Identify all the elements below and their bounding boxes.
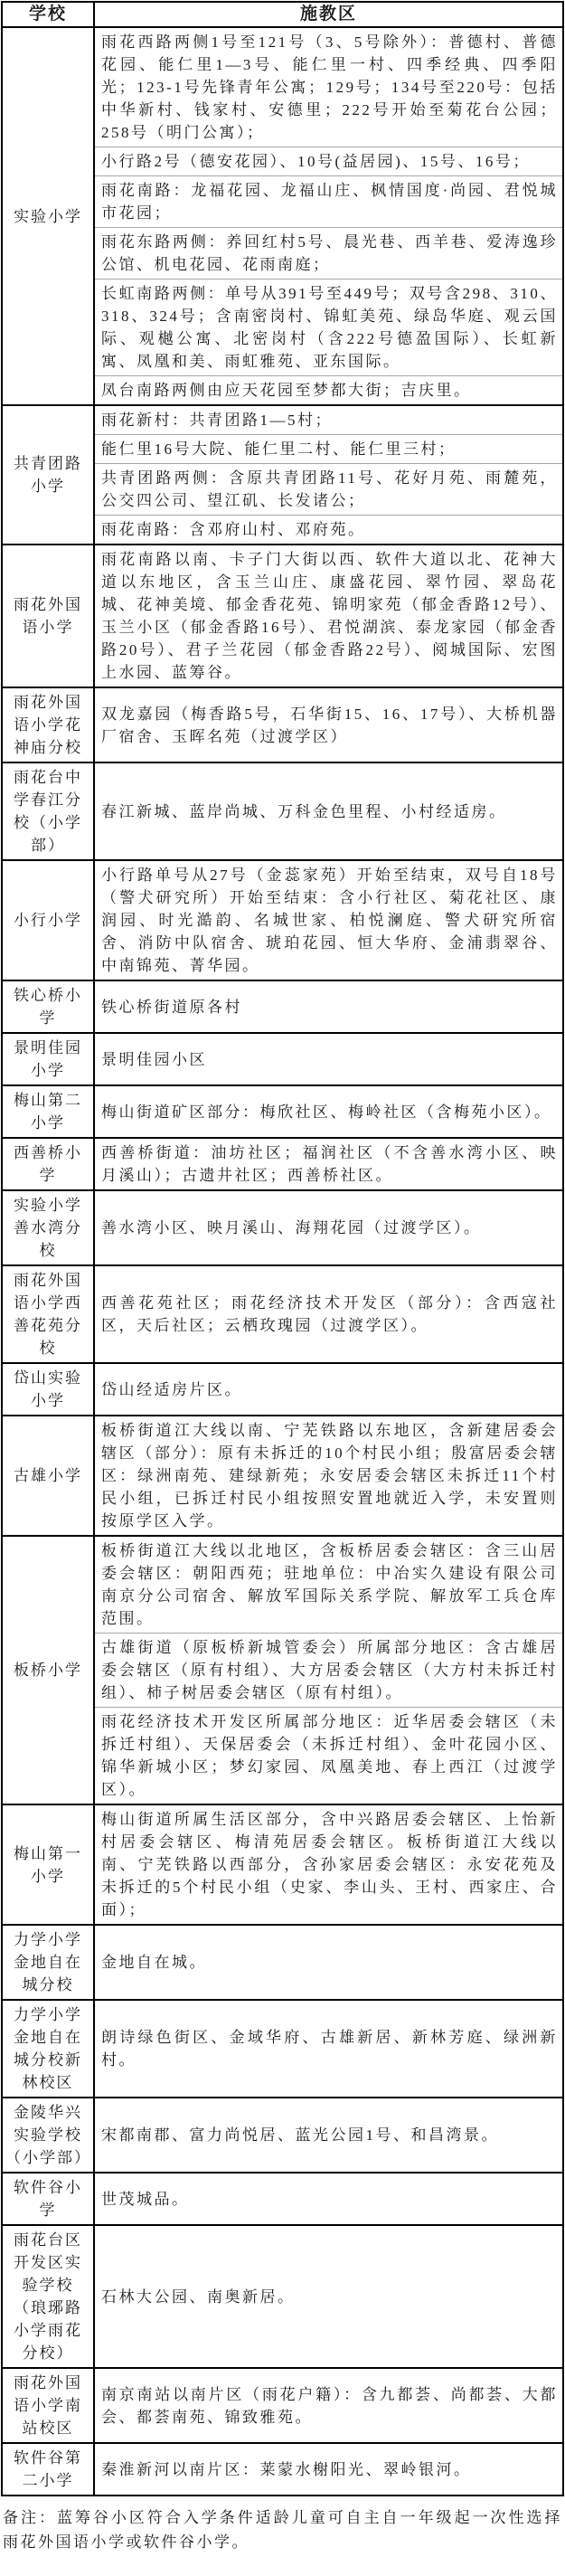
district-cell: 金地自在城。 xyxy=(94,1925,563,2000)
district-item: 小行路单号从27号（金蕊家苑）开始至结束，双号自18号（警犬研究所）开始至结束：… xyxy=(95,861,562,980)
table-row: 共青团路小学雨花新村：共青团路1—5村；能仁里16号大院、能仁里二村、能仁里三村… xyxy=(2,405,563,545)
district-item: 善水湾小区、映月溪山、海翔花园（过渡学区）。 xyxy=(95,1214,562,1242)
table-row: 古雄小学板桥街道江大线以南、宁芜铁路以东地区，含新建居委会辖区（部分）：原有未拆… xyxy=(2,1416,563,1536)
district-item: 雨花南路：龙福花园、龙福山庄、枫情国度·尚园、君悦城市花园； xyxy=(95,175,562,227)
district-item: 双龙嘉园（梅香路5号，石华街15、16、17号）、大桥机器厂宿舍、玉晖名苑（过渡… xyxy=(95,700,562,751)
district-item: 梅山街道矿区部分：梅欣社区、梅岭社区（含梅苑小区）。 xyxy=(95,1098,562,1126)
table-row: 雨花外国语小学雨花南路以南、卡子门大街以西、软件大道以北、花神大道以东地区，含玉… xyxy=(2,545,563,687)
district-item: 古雄街道（原板桥新城管委会）所属部分地区：含古雄居委会辖区（原有村组）、大方居委… xyxy=(95,1633,562,1707)
district-cell: 西善花苑社区；雨花经济技术开发区（部分）：含西寇社区，天后社区；云栖玫瑰园（过渡… xyxy=(94,1265,563,1363)
school-name: 雨花外国语小学南站校区 xyxy=(2,2368,94,2443)
school-name: 实验小学 xyxy=(2,27,94,405)
footer-note: 备注：蓝筹谷小区符合入学条件适龄儿童可自主自一年级起一次性选择雨花外国语小学或软… xyxy=(3,2505,562,2554)
table-row: 小行小学小行路单号从27号（金蕊家苑）开始至结束，双号自18号（警犬研究所）开始… xyxy=(2,860,563,980)
header-row: 学校 施教区 xyxy=(2,2,563,27)
header-school: 学校 xyxy=(2,2,94,27)
district-cell: 板桥街道江大线以南、宁芜铁路以东地区，含新建居委会辖区（部分）：原有未拆迁的10… xyxy=(94,1416,563,1536)
school-name: 板桥小学 xyxy=(2,1536,94,1804)
district-cell: 西善桥街道：油坊社区；福润社区（不含善水湾小区、映月溪山）；古遗井社区；西善桥社… xyxy=(94,1138,563,1190)
district-item: 朗诗绿色街区、金域华府、古雄新居、新林芳庭、绿洲新村。 xyxy=(95,2023,562,2074)
school-name: 力学小学金地自在城分校新林校区 xyxy=(2,2000,94,2098)
district-cell: 景明佳园小区 xyxy=(94,1033,563,1085)
table-row: 力学小学金地自在城分校新林校区朗诗绿色街区、金域华府、古雄新居、新林芳庭、绿洲新… xyxy=(2,2000,563,2098)
district-cell: 雨花西路两侧1号至121号（3、5号除外）：普德村、普德花园、能仁里1—3号、能… xyxy=(94,27,563,405)
district-item: 凤台南路两侧由应天花园至梦都大街；吉庆里。 xyxy=(95,375,562,404)
school-name: 雨花外国语小学西善花苑分校 xyxy=(2,1265,94,1363)
district-item: 雨花西路两侧1号至121号（3、5号除外）：普德村、普德花园、能仁里1—3号、能… xyxy=(95,28,562,147)
district-item: 铁心桥街道原各村 xyxy=(95,993,562,1021)
school-name: 铁心桥小学 xyxy=(2,980,94,1033)
district-cell: 小行路单号从27号（金蕊家苑）开始至结束，双号自18号（警犬研究所）开始至结束：… xyxy=(94,860,563,980)
school-name: 雨花台区开发区实验学校（琅琊路小学雨花分校） xyxy=(2,2225,94,2368)
table-row: 雨花台区开发区实验学校（琅琊路小学雨花分校）石林大公园、南奥新居。 xyxy=(2,2225,563,2368)
district-item: 小行路2号（德安花园）、10号(益居园)、15号、16号； xyxy=(95,147,562,175)
school-district-table: 学校 施教区 实验小学雨花西路两侧1号至121号（3、5号除外）：普德村、普德花… xyxy=(1,1,564,2496)
district-cell: 宋都南郡、富力尚悦居、蓝光公园1号、和昌湾景。 xyxy=(94,2098,563,2173)
table-row: 软件谷第二小学秦淮新河以南片区：莱蒙水榭阳光、翠岭银河。 xyxy=(2,2443,563,2495)
school-name: 小行小学 xyxy=(2,860,94,980)
district-item: 板桥街道江大线以南、宁芜铁路以东地区，含新建居委会辖区（部分）：原有未拆迁的10… xyxy=(95,1416,562,1535)
table-row: 力学小学金地自在城分校金地自在城。 xyxy=(2,1925,563,2000)
district-item: 能仁里16号大院、能仁里二村、能仁里三村； xyxy=(95,434,562,463)
district-cell: 双龙嘉园（梅香路5号，石华街15、16、17号）、大桥机器厂宿舍、玉晖名苑（过渡… xyxy=(94,687,563,762)
district-item: 世茂城品。 xyxy=(95,2185,562,2213)
district-item: 景明佳园小区 xyxy=(95,1046,562,1074)
district-item: 金地自在城。 xyxy=(95,1948,562,1976)
school-name: 西善桥小学 xyxy=(2,1138,94,1190)
table-row: 实验小学善水湾分校善水湾小区、映月溪山、海翔花园（过渡学区）。 xyxy=(2,1190,563,1265)
district-cell: 岱山经适房片区。 xyxy=(94,1363,563,1416)
district-item: 石林大公园、南奥新居。 xyxy=(95,2283,562,2311)
school-name: 雨花外国语小学花神庙分校 xyxy=(2,687,94,762)
district-cell: 石林大公园、南奥新居。 xyxy=(94,2225,563,2368)
district-item: 岱山经适房片区。 xyxy=(95,1376,562,1404)
district-item: 共青团路两侧：含原共青团路11号、花好月苑、雨麓苑，公交四公司、望江矶、长发诸公… xyxy=(95,463,562,515)
table-row: 金陵华兴实验学校（小学部）宋都南郡、富力尚悦居、蓝光公园1号、和昌湾景。 xyxy=(2,2098,563,2173)
district-item: 西善桥街道：油坊社区；福润社区（不含善水湾小区、映月溪山）；古遗井社区；西善桥社… xyxy=(95,1139,562,1189)
table-row: 实验小学雨花西路两侧1号至121号（3、5号除外）：普德村、普德花园、能仁里1—… xyxy=(2,27,563,405)
table-row: 铁心桥小学铁心桥街道原各村 xyxy=(2,980,563,1033)
school-name: 梅山第一小学 xyxy=(2,1804,94,1925)
school-name: 梅山第二小学 xyxy=(2,1085,94,1138)
table-header: 学校 施教区 xyxy=(2,2,563,27)
header-district: 施教区 xyxy=(94,2,563,27)
district-item: 雨花新村：共青团路1—5村； xyxy=(95,406,562,434)
table-row: 雨花外国语小学西善花苑分校西善花苑社区；雨花经济技术开发区（部分）：含西寇社区，… xyxy=(2,1265,563,1363)
table-row: 梅山第二小学梅山街道矿区部分：梅欣社区、梅岭社区（含梅苑小区）。 xyxy=(2,1085,563,1138)
district-item: 雨花东路两侧：养回红村5号、晨光巷、西羊巷、爱涛逸珍公馆、机电花园、花雨南庭； xyxy=(95,227,562,279)
district-cell: 雨花新村：共青团路1—5村；能仁里16号大院、能仁里二村、能仁里三村；共青团路两… xyxy=(94,405,563,545)
district-item: 板桥街道江大线以北地区，含板桥居委会辖区：含三山居委会辖区：朝阳西苑；驻地单位：… xyxy=(95,1537,562,1633)
school-name: 雨花外国语小学 xyxy=(2,545,94,687)
table-row: 雨花台中学春江分校（小学部）春江新城、蓝岸尚城、万科金色里程、小村经适房。 xyxy=(2,762,563,860)
district-cell: 秦淮新河以南片区：莱蒙水榭阳光、翠岭银河。 xyxy=(94,2443,563,2495)
school-name: 岱山实验小学 xyxy=(2,1363,94,1416)
district-item: 长虹南路两侧：单号从391号至449号；双号含298、310、318、324号；… xyxy=(95,279,562,375)
district-cell: 善水湾小区、映月溪山、海翔花园（过渡学区）。 xyxy=(94,1190,563,1265)
district-cell: 春江新城、蓝岸尚城、万科金色里程、小村经适房。 xyxy=(94,762,563,860)
table-row: 岱山实验小学岱山经适房片区。 xyxy=(2,1363,563,1416)
school-name: 景明佳园小学 xyxy=(2,1033,94,1085)
district-item: 雨花南路：含邓府山村、邓府苑。 xyxy=(95,515,562,544)
school-name: 实验小学善水湾分校 xyxy=(2,1190,94,1265)
district-cell: 梅山街道矿区部分：梅欣社区、梅岭社区（含梅苑小区）。 xyxy=(94,1085,563,1138)
school-name: 古雄小学 xyxy=(2,1416,94,1536)
district-item: 西善花苑社区；雨花经济技术开发区（部分）：含西寇社区，天后社区；云栖玫瑰园（过渡… xyxy=(95,1289,562,1340)
district-item: 雨花经济技术开发区所属部分地区：近华居委会辖区（未拆迁村组）、天保居委会（未拆迁… xyxy=(95,1707,562,1804)
school-table-body: 实验小学雨花西路两侧1号至121号（3、5号除外）：普德村、普德花园、能仁里1—… xyxy=(2,27,563,2495)
district-cell: 南京南站以南片区（雨花户籍）：含九都荟、尚都荟、大都会、都荟南苑、锦致雅苑。 xyxy=(94,2368,563,2443)
school-name: 软件谷第二小学 xyxy=(2,2443,94,2495)
school-name: 共青团路小学 xyxy=(2,405,94,545)
district-item: 秦淮新河以南片区：莱蒙水榭阳光、翠岭银河。 xyxy=(95,2456,562,2484)
district-item: 宋都南郡、富力尚悦居、蓝光公园1号、和昌湾景。 xyxy=(95,2121,562,2149)
district-cell: 铁心桥街道原各村 xyxy=(94,980,563,1033)
school-name: 金陵华兴实验学校（小学部） xyxy=(2,2098,94,2173)
district-item: 雨花南路以南、卡子门大街以西、软件大道以北、花神大道以东地区，含玉兰山庄、康盛花… xyxy=(95,545,562,687)
district-cell: 世茂城品。 xyxy=(94,2173,563,2225)
district-item: 南京南站以南片区（雨花户籍）：含九都荟、尚都荟、大都会、都荟南苑、锦致雅苑。 xyxy=(95,2381,562,2431)
table-row: 雨花外国语小学花神庙分校双龙嘉园（梅香路5号，石华街15、16、17号）、大桥机… xyxy=(2,687,563,762)
school-name: 雨花台中学春江分校（小学部） xyxy=(2,762,94,860)
table-row: 板桥小学板桥街道江大线以北地区，含板桥居委会辖区：含三山居委会辖区：朝阳西苑；驻… xyxy=(2,1536,563,1804)
document-page: 学校 施教区 实验小学雨花西路两侧1号至121号（3、5号除外）：普德村、普德花… xyxy=(0,0,565,2576)
table-row: 雨花外国语小学南站校区南京南站以南片区（雨花户籍）：含九都荟、尚都荟、大都会、都… xyxy=(2,2368,563,2443)
district-item: 梅山街道所属生活区部分，含中兴路居委会辖区、上怡新村居委会辖区、梅清苑居委会辖区… xyxy=(95,1805,562,1924)
table-row: 西善桥小学西善桥街道：油坊社区；福润社区（不含善水湾小区、映月溪山）；古遗井社区… xyxy=(2,1138,563,1190)
table-row: 景明佳园小学景明佳园小区 xyxy=(2,1033,563,1085)
district-cell: 雨花南路以南、卡子门大街以西、软件大道以北、花神大道以东地区，含玉兰山庄、康盛花… xyxy=(94,545,563,687)
district-cell: 板桥街道江大线以北地区，含板桥居委会辖区：含三山居委会辖区：朝阳西苑；驻地单位：… xyxy=(94,1536,563,1804)
district-item: 春江新城、蓝岸尚城、万科金色里程、小村经适房。 xyxy=(95,798,562,826)
district-cell: 朗诗绿色街区、金域华府、古雄新居、新林芳庭、绿洲新村。 xyxy=(94,2000,563,2098)
district-cell: 梅山街道所属生活区部分，含中兴路居委会辖区、上怡新村居委会辖区、梅清苑居委会辖区… xyxy=(94,1804,563,1925)
table-row: 软件谷小学世茂城品。 xyxy=(2,2173,563,2225)
school-name: 力学小学金地自在城分校 xyxy=(2,1925,94,2000)
school-name: 软件谷小学 xyxy=(2,2173,94,2225)
table-row: 梅山第一小学梅山街道所属生活区部分，含中兴路居委会辖区、上怡新村居委会辖区、梅清… xyxy=(2,1804,563,1925)
